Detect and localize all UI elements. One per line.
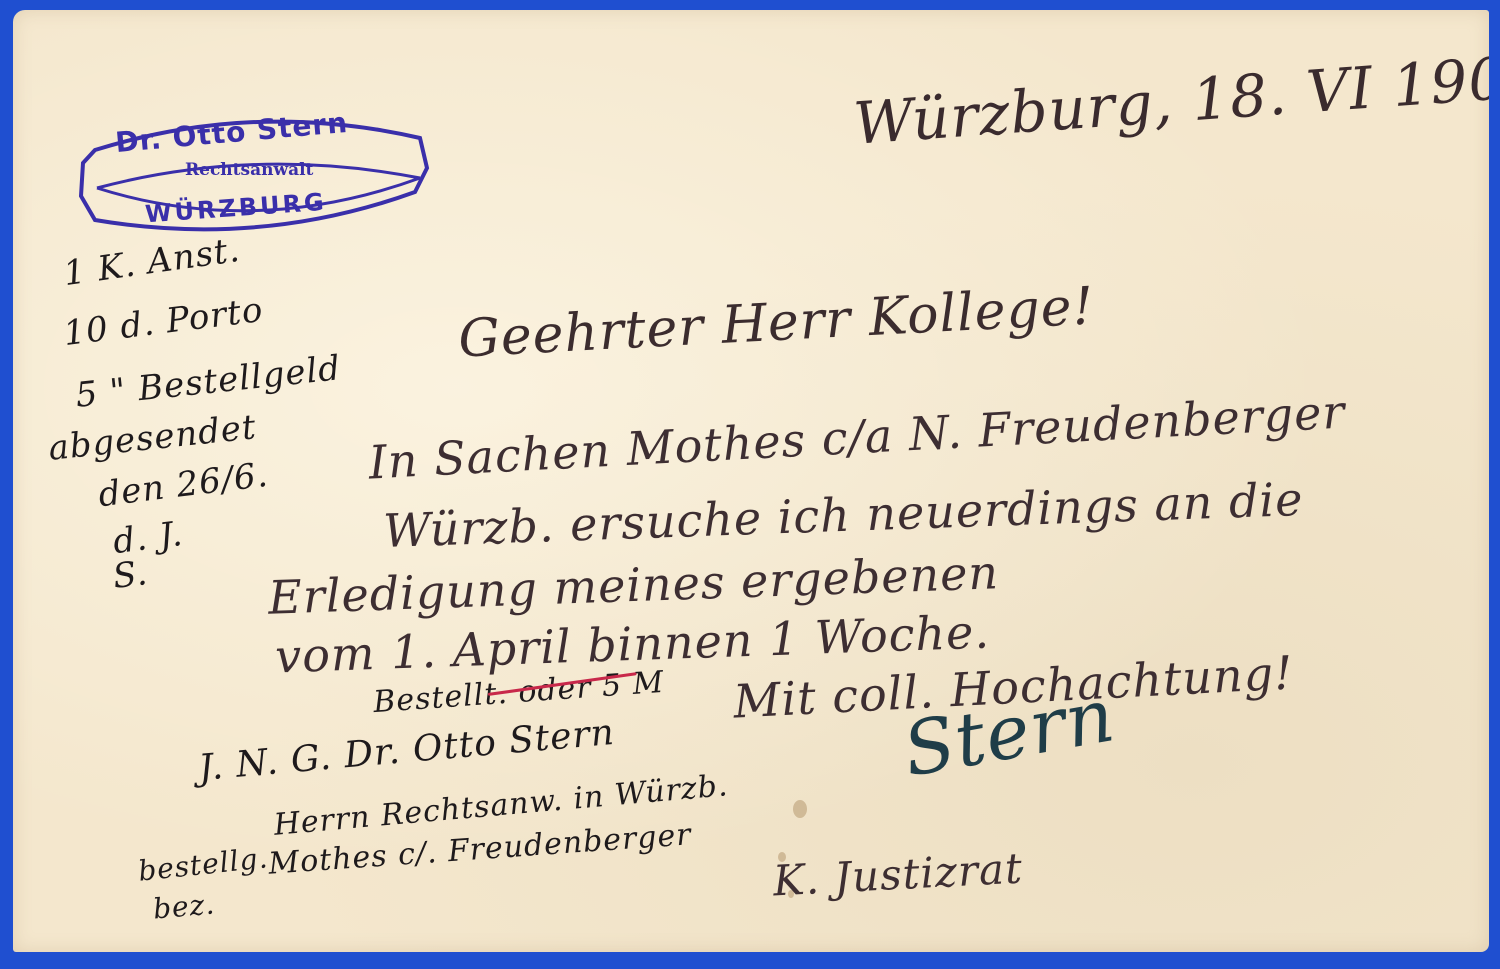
margin-note: 5 " Bestellgeld [74, 348, 343, 416]
greeting: Geehrter Herr Kollege! [457, 276, 1096, 369]
margin-note: 10 d. Porto [61, 290, 265, 354]
postcard: Dr. Otto Stern Rechtsanwalt WÜRZBURG Wür… [13, 10, 1489, 952]
annotation: bez. [152, 887, 217, 925]
signatory-title: K. Justizrat [772, 843, 1024, 905]
lawyer-stamp: Dr. Otto Stern Rechtsanwalt WÜRZBURG [75, 108, 437, 240]
body-line: Würzb. ersuche ich neuerdings an die [382, 472, 1304, 558]
margin-note: den 26/6. [96, 455, 270, 516]
annotation: bestellg. [137, 841, 270, 887]
annotation: J. N. G. Dr. Otto Stern [197, 712, 616, 789]
margin-note: S. [111, 553, 151, 597]
place-date: Würzburg, 18. VI 1901. [851, 40, 1489, 157]
stamp-title: Rechtsanwalt [185, 160, 313, 180]
body-line: In Sachen Mothes c/a N. Freudenberger [367, 384, 1346, 489]
stain [793, 800, 807, 818]
